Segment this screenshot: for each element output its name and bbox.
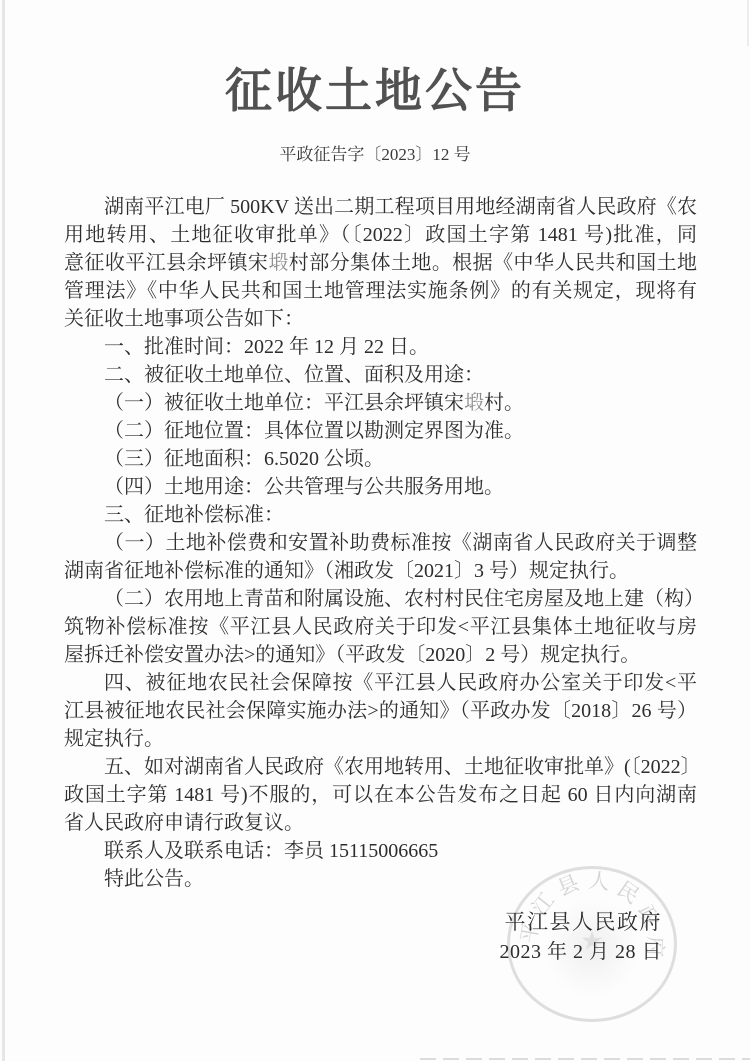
paragraph-line: 湖南省征地补偿标准的通知》（湘政发〔2021〕3 号）规定执行。 bbox=[64, 557, 697, 585]
paragraph-line: 湖南平江电厂 500KV 送出二期工程项目用地经湖南省人民政府《农 bbox=[64, 193, 697, 221]
scanned-notice-page: 征收土地公告 平政征告字〔2023〕12 号 湖南平江电厂 500KV 送出二期… bbox=[0, 0, 750, 1061]
paragraph-line: 屋拆迁补偿安置办法>的通知》（平政发〔2020〕2 号）规定执行。 bbox=[64, 641, 697, 669]
paragraph-line: 一、批准时间：2022 年 12 月 22 日。 bbox=[64, 333, 697, 361]
paragraph-line: （三）征地面积：6.5020 公顷。 bbox=[64, 445, 697, 473]
signature-date: 2023 年 2 月 28 日 bbox=[64, 937, 662, 967]
paragraph-line: 二、被征收土地单位、位置、面积及用途： bbox=[64, 361, 697, 389]
paragraph-line: 江县被征地农民社会保障实施办法>的通知》（平政办发〔2018〕26 号） bbox=[64, 697, 697, 725]
scan-edge-right-line bbox=[747, 0, 749, 46]
paragraph-line: 规定执行。 bbox=[64, 725, 697, 753]
paragraph-line: （一）被征收土地单位：平江县余坪镇宋塅村。 bbox=[64, 389, 697, 417]
paragraph-line: 省人民政府申请行政复议。 bbox=[64, 809, 697, 837]
paragraphs-container: 湖南平江电厂 500KV 送出二期工程项目用地经湖南省人民政府《农用地转用、土地… bbox=[64, 193, 697, 893]
paragraph-line: （四）土地用途：公共管理与公共服务用地。 bbox=[64, 473, 697, 501]
paragraph-line: 五、如对湖南省人民政府《农用地转用、土地征收审批单》(〔2022〕 bbox=[64, 753, 697, 781]
paragraph-line: 筑物补偿标准按《平江县人民政府关于印发<平江县集体土地征收与房 bbox=[64, 613, 697, 641]
page-title: 征收土地公告 bbox=[0, 62, 750, 122]
paragraph-line: 用地转用、土地征收审批单》（〔2022〕政国土字第 1481 号)批准，同 bbox=[64, 221, 697, 249]
paragraph-line: 三、征地补偿标准： bbox=[64, 501, 697, 529]
paragraph-line: 管理法》《中华人民共和国土地管理法实施条例》的有关规定，现将有 bbox=[64, 277, 697, 305]
signature-block: 平江县人民政府 2023 年 2 月 28 日 bbox=[64, 907, 697, 967]
paragraph-line: （一）土地补偿费和安置补助费标准按《湖南省人民政府关于调整 bbox=[64, 529, 697, 557]
document-number: 平政征告字〔2023〕12 号 bbox=[0, 143, 750, 167]
paragraph-line: 意征收平江县余坪镇宋塅村部分集体土地。根据《中华人民共和国土地 bbox=[64, 249, 697, 277]
paragraph-line: 四、被征地农民社会保障按《平江县人民政府办公室关于印发<平 bbox=[64, 669, 697, 697]
scan-edge-bottom-line bbox=[420, 1058, 750, 1060]
paragraph-line: 关征收土地事项公告如下： bbox=[64, 305, 697, 333]
paragraph-line: 联系人及联系电话：李员 15115006665 bbox=[64, 837, 697, 865]
paragraph-line: 特此公告。 bbox=[64, 865, 697, 893]
paragraph-line: （二）农用地上青苗和附属设施、农村村民住宅房屋及地上建（构） bbox=[64, 585, 697, 613]
document-body: 湖南平江电厂 500KV 送出二期工程项目用地经湖南省人民政府《农用地转用、土地… bbox=[64, 193, 697, 967]
paragraph-line: 政国土字第 1481 号)不服的，可以在本公告发布之日起 60 日内向湖南 bbox=[64, 781, 697, 809]
paragraph-line: （二）征地位置：具体位置以勘测定界图为准。 bbox=[64, 417, 697, 445]
signature-agency: 平江县人民政府 bbox=[64, 907, 662, 937]
